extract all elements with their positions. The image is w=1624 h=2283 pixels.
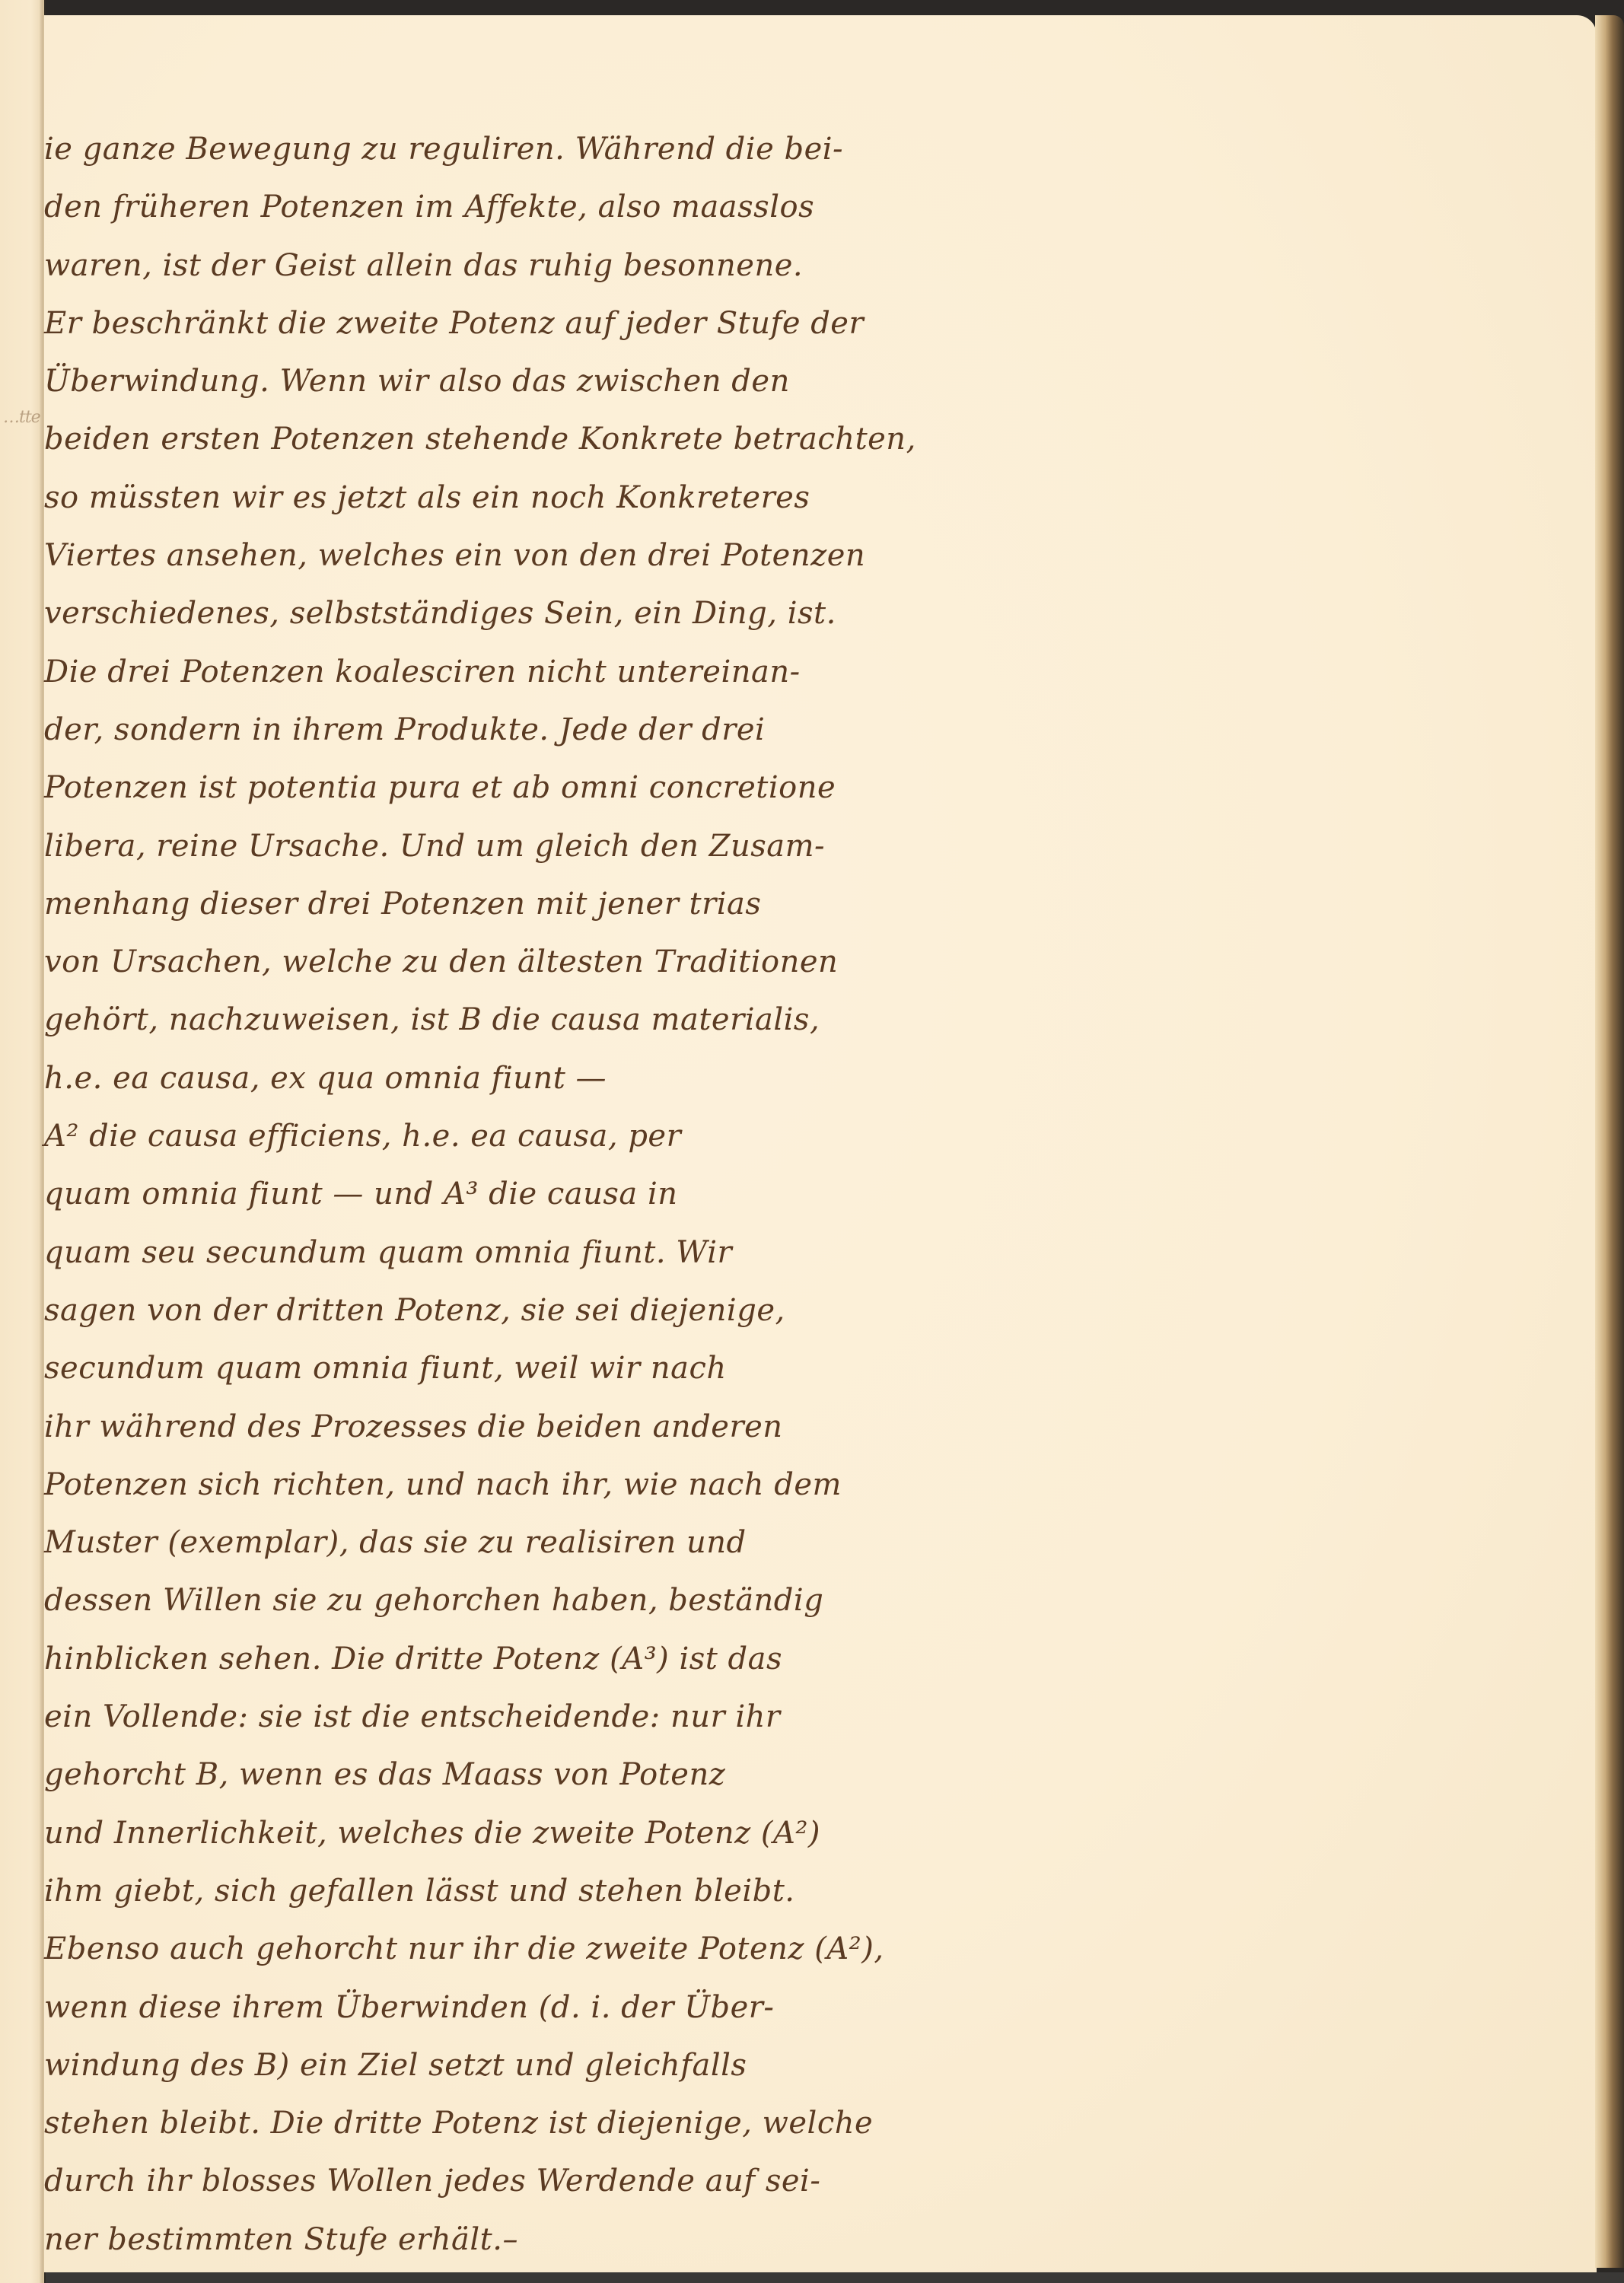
text-line: Potenzen ist potentia pura et ab omni co… — [44, 759, 866, 817]
text-line: wenn diese ihrem Überwinden (d. i. der Ü… — [44, 1979, 866, 2036]
text-line: Viertes ansehen, welches ein von den dre… — [44, 527, 866, 584]
adjacent-page-gutter — [0, 0, 44, 2283]
text-line: menhang dieser drei Potenzen mit jener t… — [44, 875, 866, 933]
text-line: ihm giebt, sich gefallen lässt und stehe… — [44, 1862, 866, 1920]
text-line: gehorcht B, wenn es das Maass von Potenz — [44, 1746, 866, 1804]
text-line: h.e. ea causa, ex qua omnia fiunt — — [44, 1049, 866, 1107]
text-line: beiden ersten Potenzen stehende Konkrete… — [44, 410, 866, 468]
text-line: Überwindung. Wenn wir also das zwischen … — [44, 352, 866, 410]
text-line: A² die causa efficiens, h.e. ea causa, p… — [44, 1107, 866, 1165]
text-line: hinblicken sehen. Die dritte Potenz (A³)… — [44, 1630, 866, 1688]
text-line: Potenzen sich richten, und nach ihr, wie… — [44, 1456, 866, 1514]
text-line: von Ursachen, welche zu den ältesten Tra… — [44, 933, 866, 991]
text-line: verschiedenes, selbstständiges Sein, ein… — [44, 584, 866, 642]
text-line: Er beschränkt die zweite Potenz auf jede… — [44, 295, 866, 352]
text-line: ihr während des Prozesses die beiden and… — [44, 1398, 866, 1456]
text-line: quam omnia fiunt — und A³ die causa in — [44, 1165, 866, 1223]
text-line: stehen bleibt. Die dritte Potenz ist die… — [44, 2094, 866, 2152]
handwritten-text-block: ie ganze Bewegung zu reguliren. Während … — [44, 120, 866, 2269]
text-line: Muster (exemplar), das sie zu realisiren… — [44, 1514, 866, 1571]
scan-background-bottom — [46, 2272, 1624, 2283]
text-line: ner bestimmten Stufe erhält.– — [44, 2211, 866, 2269]
text-line: sagen von der dritten Potenz, sie sei di… — [44, 1282, 866, 1339]
text-line: quam seu secundum quam omnia fiunt. Wir — [44, 1224, 866, 1282]
margin-note: …tte — [3, 408, 40, 427]
text-line: secundum quam omnia fiunt, weil wir nach — [44, 1339, 866, 1397]
text-line: Die drei Potenzen koalesciren nicht unte… — [44, 643, 866, 701]
text-line: der, sondern in ihrem Produkte. Jede der… — [44, 701, 866, 759]
text-line: Ebenso auch gehorcht nur ihr die zweite … — [44, 1920, 866, 1978]
text-line: durch ihr blosses Wollen jedes Werdende … — [44, 2152, 866, 2210]
text-line: libera, reine Ursache. Und um gleich den… — [44, 817, 866, 875]
text-line: windung des B) ein Ziel setzt und gleich… — [44, 2036, 866, 2094]
text-line: den früheren Potenzen im Affekte, also m… — [44, 178, 866, 236]
text-line: ie ganze Bewegung zu reguliren. Während … — [44, 120, 866, 178]
text-line: gehört, nachzuweisen, ist B die causa ma… — [44, 991, 866, 1049]
text-line: waren, ist der Geist allein das ruhig be… — [44, 237, 866, 295]
text-line: und Innerlichkeit, welches die zweite Po… — [44, 1804, 866, 1862]
page-fore-edge — [1595, 15, 1624, 2268]
text-line: dessen Willen sie zu gehorchen haben, be… — [44, 1571, 866, 1629]
text-line: so müssten wir es jetzt als ein noch Kon… — [44, 469, 866, 527]
scan-background-top — [46, 0, 1624, 17]
text-line: ein Vollende: sie ist die entscheidende:… — [44, 1688, 866, 1746]
